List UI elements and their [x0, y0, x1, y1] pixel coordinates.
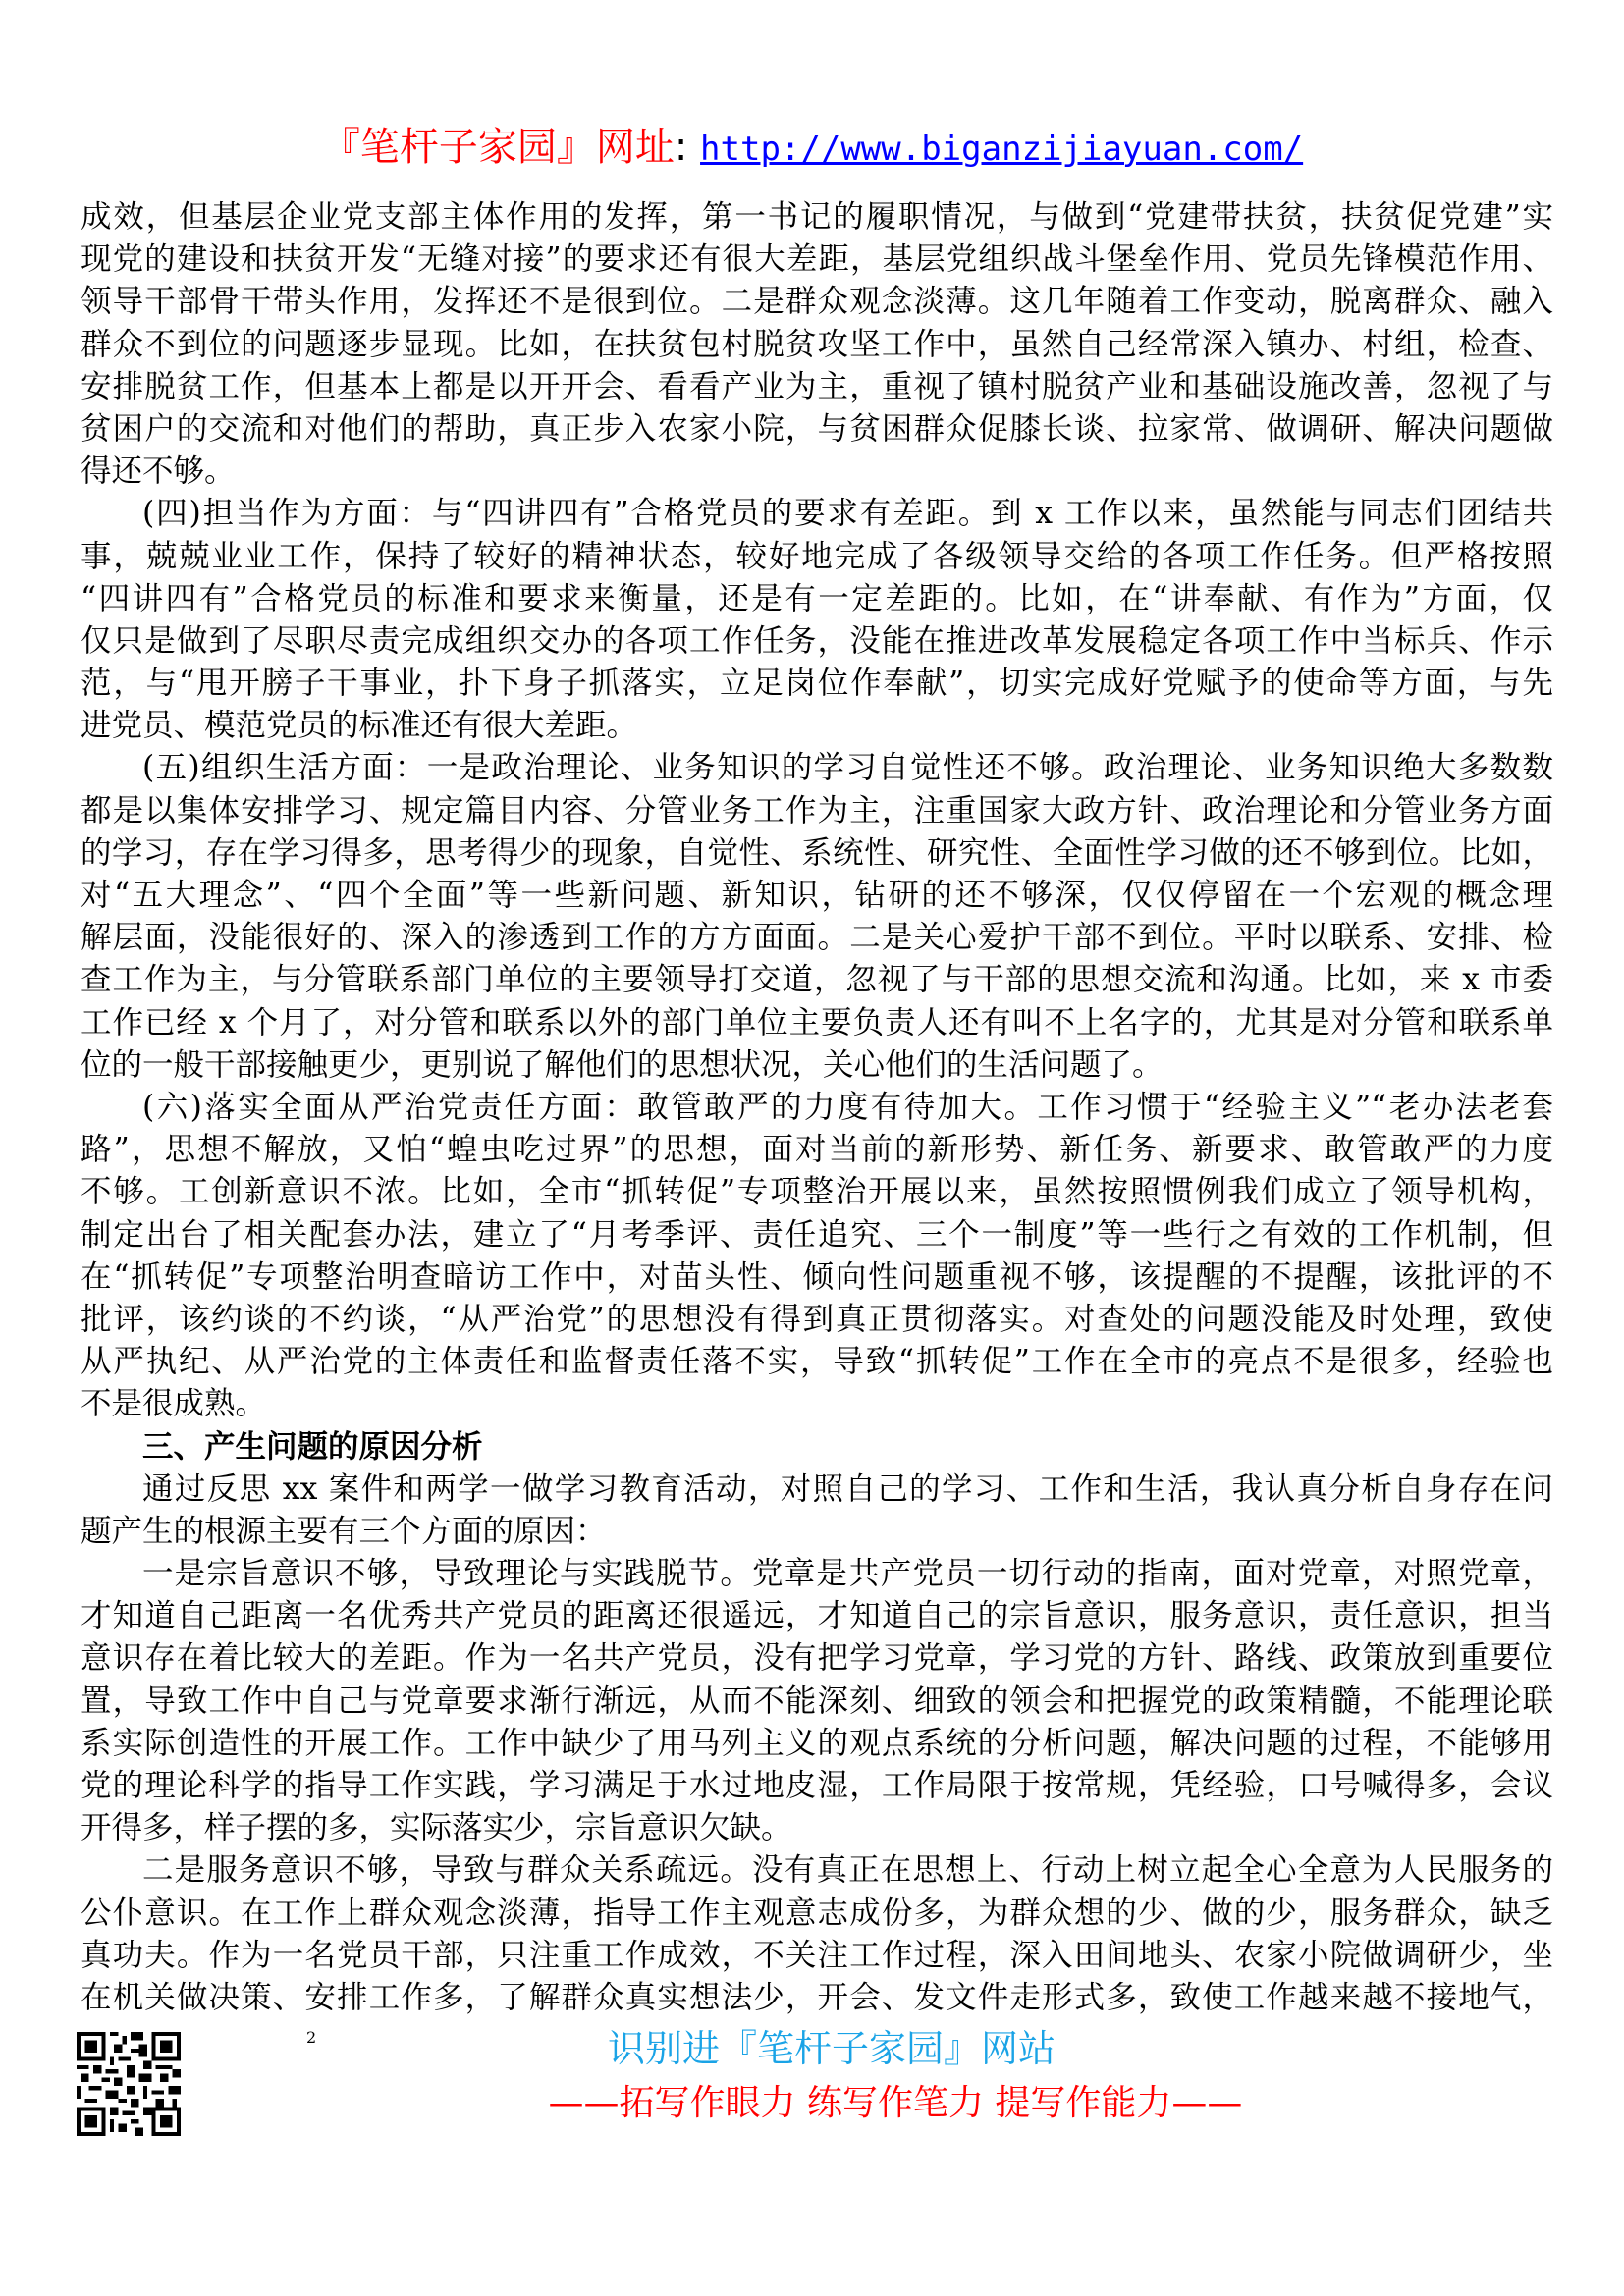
text-line: 工作已经 x 个月了，对分管和联系以外的部门单位主要负责人还有叫不上名字的，尤其… — [81, 1002, 1553, 1044]
text-line: 置，导致工作中自己与党章要求渐行渐远，从而不能深刻、细致的领会和把握党的政策精髓… — [81, 1681, 1553, 1723]
text-line: 对“五大理念”、“四个全面”等一些新问题、新知识，钻研的还不够深，仅仅停留在一个… — [81, 875, 1553, 917]
footer-slogan: ——拓写作眼力 练写作笔力 提写作能力—— — [0, 2079, 1624, 2128]
text-line: 事，兢兢业业工作，保持了较好的精神状态，较好地完成了各级领导交给的各项工作任务。… — [81, 536, 1553, 578]
text-line: 在机关做决策、安排工作多，了解群众真实想法少，开会、发文件走形式多，致使工作越来… — [81, 1977, 1553, 2019]
text-line: (六)落实全面从严治党责任方面：敢管敢严的力度有待加大。工作习惯于“经验主义”“… — [81, 1087, 1553, 1129]
text-line: “四讲四有”合格党员的标准和要求来衡量，还是有一定差距的。比如，在“讲奉献、有作… — [81, 578, 1553, 620]
text-line: 才知道自己距离一名优秀共产党员的距离还很遥远，才知道自己的宗旨意识，服务意识，责… — [81, 1595, 1553, 1637]
text-line: 贫困户的交流和对他们的帮助，真正步入农家小院，与贫困群众促膝长谈、拉家常、做调研… — [81, 408, 1553, 451]
text-line: 的学习，存在学习得多，思考得少的现象，自觉性、系统性、研究性、全面性学习做的还不… — [81, 832, 1553, 875]
footer-promo-line: 识别进『笔杆子家园』网站 — [0, 2024, 1624, 2073]
text-line: 现党的建设和扶贫开发“无缝对接”的要求还有很大差距，基层党组织战斗堡垒作用、党员… — [81, 239, 1553, 281]
text-line: 位的一般干部接触更少，更别说了解他们的思想状况，关心他们的生活问题了。 — [81, 1044, 1553, 1087]
page-header: 『笔杆子家园』网址: http://www.biganzijiayuan.com… — [0, 120, 1624, 177]
site-url-link[interactable]: http://www.biganzijiayuan.com/ — [700, 130, 1303, 169]
document-body: 成效，但基层企业党支部主体作用的发挥，第一书记的履职情况，与做到“党建带扶贫，扶… — [81, 196, 1553, 2019]
text-line: 得还不够。 — [81, 451, 1553, 493]
text-line: 安排脱贫工作，但基本上都是以开开会、看看产业为主，重视了镇村脱贫产业和基础设施改… — [81, 366, 1553, 408]
text-line: 二是服务意识不够，导致与群众关系疏远。没有真正在思想上、行动上树立起全心全意为人… — [81, 1849, 1553, 1892]
text-line: 不是很成熟。 — [81, 1383, 1553, 1425]
text-line: 真功夫。作为一名党员干部，只注重工作成效，不关注工作过程，深入田间地头、农家小院… — [81, 1935, 1553, 1977]
text-line: 意识存在着比较大的差距。作为一名共产党员，没有把学习党章，学习党的方针、路线、政… — [81, 1637, 1553, 1680]
site-brand: 『笔杆子家园』网址 — [321, 125, 675, 170]
text-line: 进党员、模范党员的标准还有很大差距。 — [81, 705, 1553, 747]
text-line: 开得多，样子摆的多，实际落实少，宗旨意识欠缺。 — [81, 1807, 1553, 1849]
text-line: 题产生的根源主要有三个方面的原因： — [81, 1511, 1553, 1553]
section-heading: 三、产生问题的原因分析 — [81, 1425, 1553, 1468]
text-line: (四)担当作为方面：与“四讲四有”合格党员的要求有差距。到 x 工作以来，虽然能… — [81, 493, 1553, 535]
text-line: 一是宗旨意识不够，导致理论与实践脱节。党章是共产党员一切行动的指南，面对党章，对… — [81, 1553, 1553, 1595]
text-line: (五)组织生活方面：一是政治理论、业务知识的学习自觉性还不够。政治理论、业务知识… — [81, 747, 1553, 789]
text-line: 领导干部骨干带头作用，发挥还不是很到位。二是群众观念淡薄。这几年随着工作变动，脱… — [81, 281, 1553, 323]
text-line: 在“抓转促”专项整治明查暗访工作中，对苗头性、倾向性问题重视不够，该提醒的不提醒… — [81, 1256, 1553, 1299]
text-line: 成效，但基层企业党支部主体作用的发挥，第一书记的履职情况，与做到“党建带扶贫，扶… — [81, 196, 1553, 239]
text-line: 批评，该约谈的不约谈，“从严治党”的思想没有得到真正贯彻落实。对查处的问题没能及… — [81, 1299, 1553, 1341]
text-line: 仅只是做到了尽职尽责完成组织交办的各项工作任务，没能在推进改革发展稳定各项工作中… — [81, 620, 1553, 663]
text-line: 系实际创造性的开展工作。工作中缺少了用马列主义的观点系统的分析问题，解决问题的过… — [81, 1723, 1553, 1765]
text-line: 通过反思 xx 案件和两学一做学习教育活动，对照自己的学习、工作和生活，我认真分… — [81, 1468, 1553, 1511]
text-line: 范，与“甩开膀子干事业，扑下身子抓落实，立足岗位作奉献”，切实完成好党赋予的使命… — [81, 663, 1553, 705]
text-line: 查工作为主，与分管联系部门单位的主要领导打交道，忽视了与干部的思想交流和沟通。比… — [81, 959, 1553, 1001]
header-colon: : — [675, 125, 687, 170]
text-line: 群众不到位的问题逐步显现。比如，在扶贫包村脱贫攻坚工作中，虽然自己经常深入镇办、… — [81, 324, 1553, 366]
text-line: 公仆意识。在工作上群众观念淡薄，指导工作主观意志成份多，为群众想的少、做的少，服… — [81, 1893, 1553, 1935]
text-line: 不够。工创新意识不浓。比如，全市“抓转促”专项整治开展以来，虽然按照惯例我们成立… — [81, 1171, 1553, 1213]
text-line: 解层面，没能很好的、深入的渗透到工作的方方面面。二是关心爱护干部不到位。平时以联… — [81, 917, 1553, 959]
text-line: 党的理论科学的指导工作实践，学习满足于水过地皮湿，工作局限于按常规，凭经验，口号… — [81, 1765, 1553, 1807]
text-line: 从严执纪、从严治党的主体责任和监督责任落不实，导致“抓转促”工作在全市的亮点不是… — [81, 1341, 1553, 1383]
text-line: 制定出台了相关配套办法，建立了“月考季评、责任追究、三个一制度”等一些行之有效的… — [81, 1214, 1553, 1256]
text-line: 都是以集体安排学习、规定篇目内容、分管业务工作为主，注重国家大政方针、政治理论和… — [81, 790, 1553, 832]
text-line: 路”，思想不解放，又怕“蝗虫吃过界”的思想，面对当前的新形势、新任务、新要求、敢… — [81, 1129, 1553, 1171]
